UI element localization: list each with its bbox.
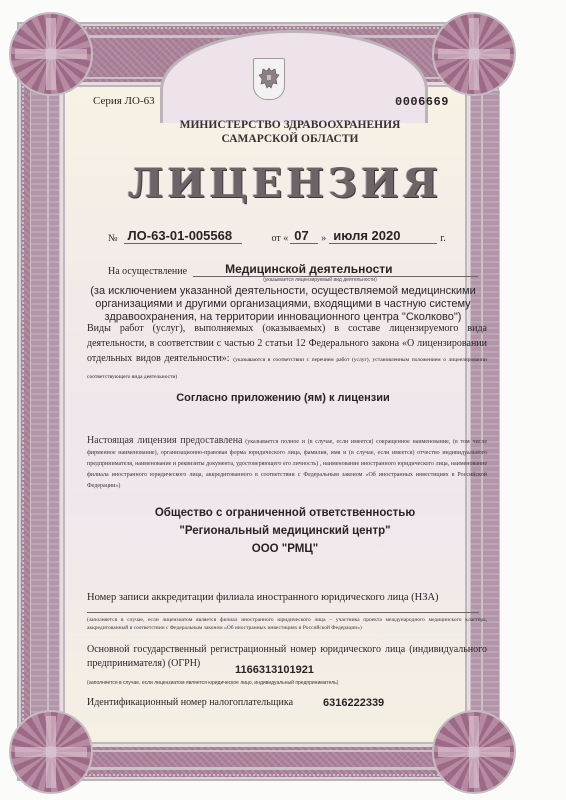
date-suffix: г. [440, 233, 445, 244]
granted-label: Настоящая лицензия предоставлена [87, 435, 242, 446]
nza-value-line [87, 612, 479, 613]
granted-section: Настоящая лицензия предоставлена (указыв… [87, 435, 487, 492]
date-mid: » [321, 233, 326, 244]
left-border-band [30, 90, 60, 732]
licensee-legal-form: Общество с ограниченной ответственностью [100, 507, 470, 519]
works-section: Виды работ (услуг), выполняемых (оказыва… [87, 321, 487, 385]
licensee-name: "Региональный медицинский центр" [100, 525, 470, 537]
nza-hint: (заполняется в случае, если лицензиатом … [87, 616, 487, 632]
corner-medallion-icon [9, 12, 93, 96]
license-document: Серия ЛО-63 0006669 МИНИСТЕРСТВО ЗДРАВОО… [0, 0, 566, 800]
issuing-authority: МИНИСТЕРСТВО ЗДРАВООХРАНЕНИЯ [100, 118, 480, 132]
ogrn-hint: (заполняется в случае, если лицензиатом … [87, 680, 417, 686]
inn-value: 6316222339 [323, 697, 384, 709]
date-day: 07 [290, 228, 318, 244]
number-prefix: № [108, 233, 118, 244]
annex-reference: Согласно приложению (ям) к лицензии [108, 392, 458, 404]
activity-value: Медицинской деятельности [193, 262, 478, 277]
coat-of-arms-icon [253, 58, 285, 100]
nza-label: Номер записи аккредитации филиала иностр… [87, 592, 487, 603]
inn-label: Идентификационный номер налогоплательщик… [87, 697, 293, 708]
activity-label: На осуществление [108, 266, 187, 277]
corner-medallion-icon [432, 710, 516, 794]
series-label: Серия ЛО-63 [93, 95, 155, 107]
license-number: ЛО-63-01-005568 [124, 228, 242, 244]
date-prefix: от « [272, 233, 289, 244]
ogrn-value: 1166313101921 [235, 664, 314, 676]
corner-medallion-icon [9, 710, 93, 794]
licensee-short-name: ООО "РМЦ" [100, 543, 470, 555]
serial-number: 0006669 [395, 95, 449, 109]
date-month-year: июля 2020 [329, 228, 437, 244]
activity-hint: (указывается лицензируемый вид деятельно… [220, 277, 420, 283]
exclusion-text: (за исключением указанной деятельности, … [70, 285, 496, 324]
activity-row: На осуществление Медицинской деятельност… [108, 262, 478, 277]
license-number-row: № ЛО-63-01-005568 от « 07 » июля 2020 г. [108, 228, 448, 244]
corner-medallion-icon [432, 12, 516, 96]
document-title: ЛИЦЕНЗИЯ [90, 160, 480, 207]
issuing-authority-region: САМАРСКОЙ ОБЛАСТИ [100, 132, 480, 146]
